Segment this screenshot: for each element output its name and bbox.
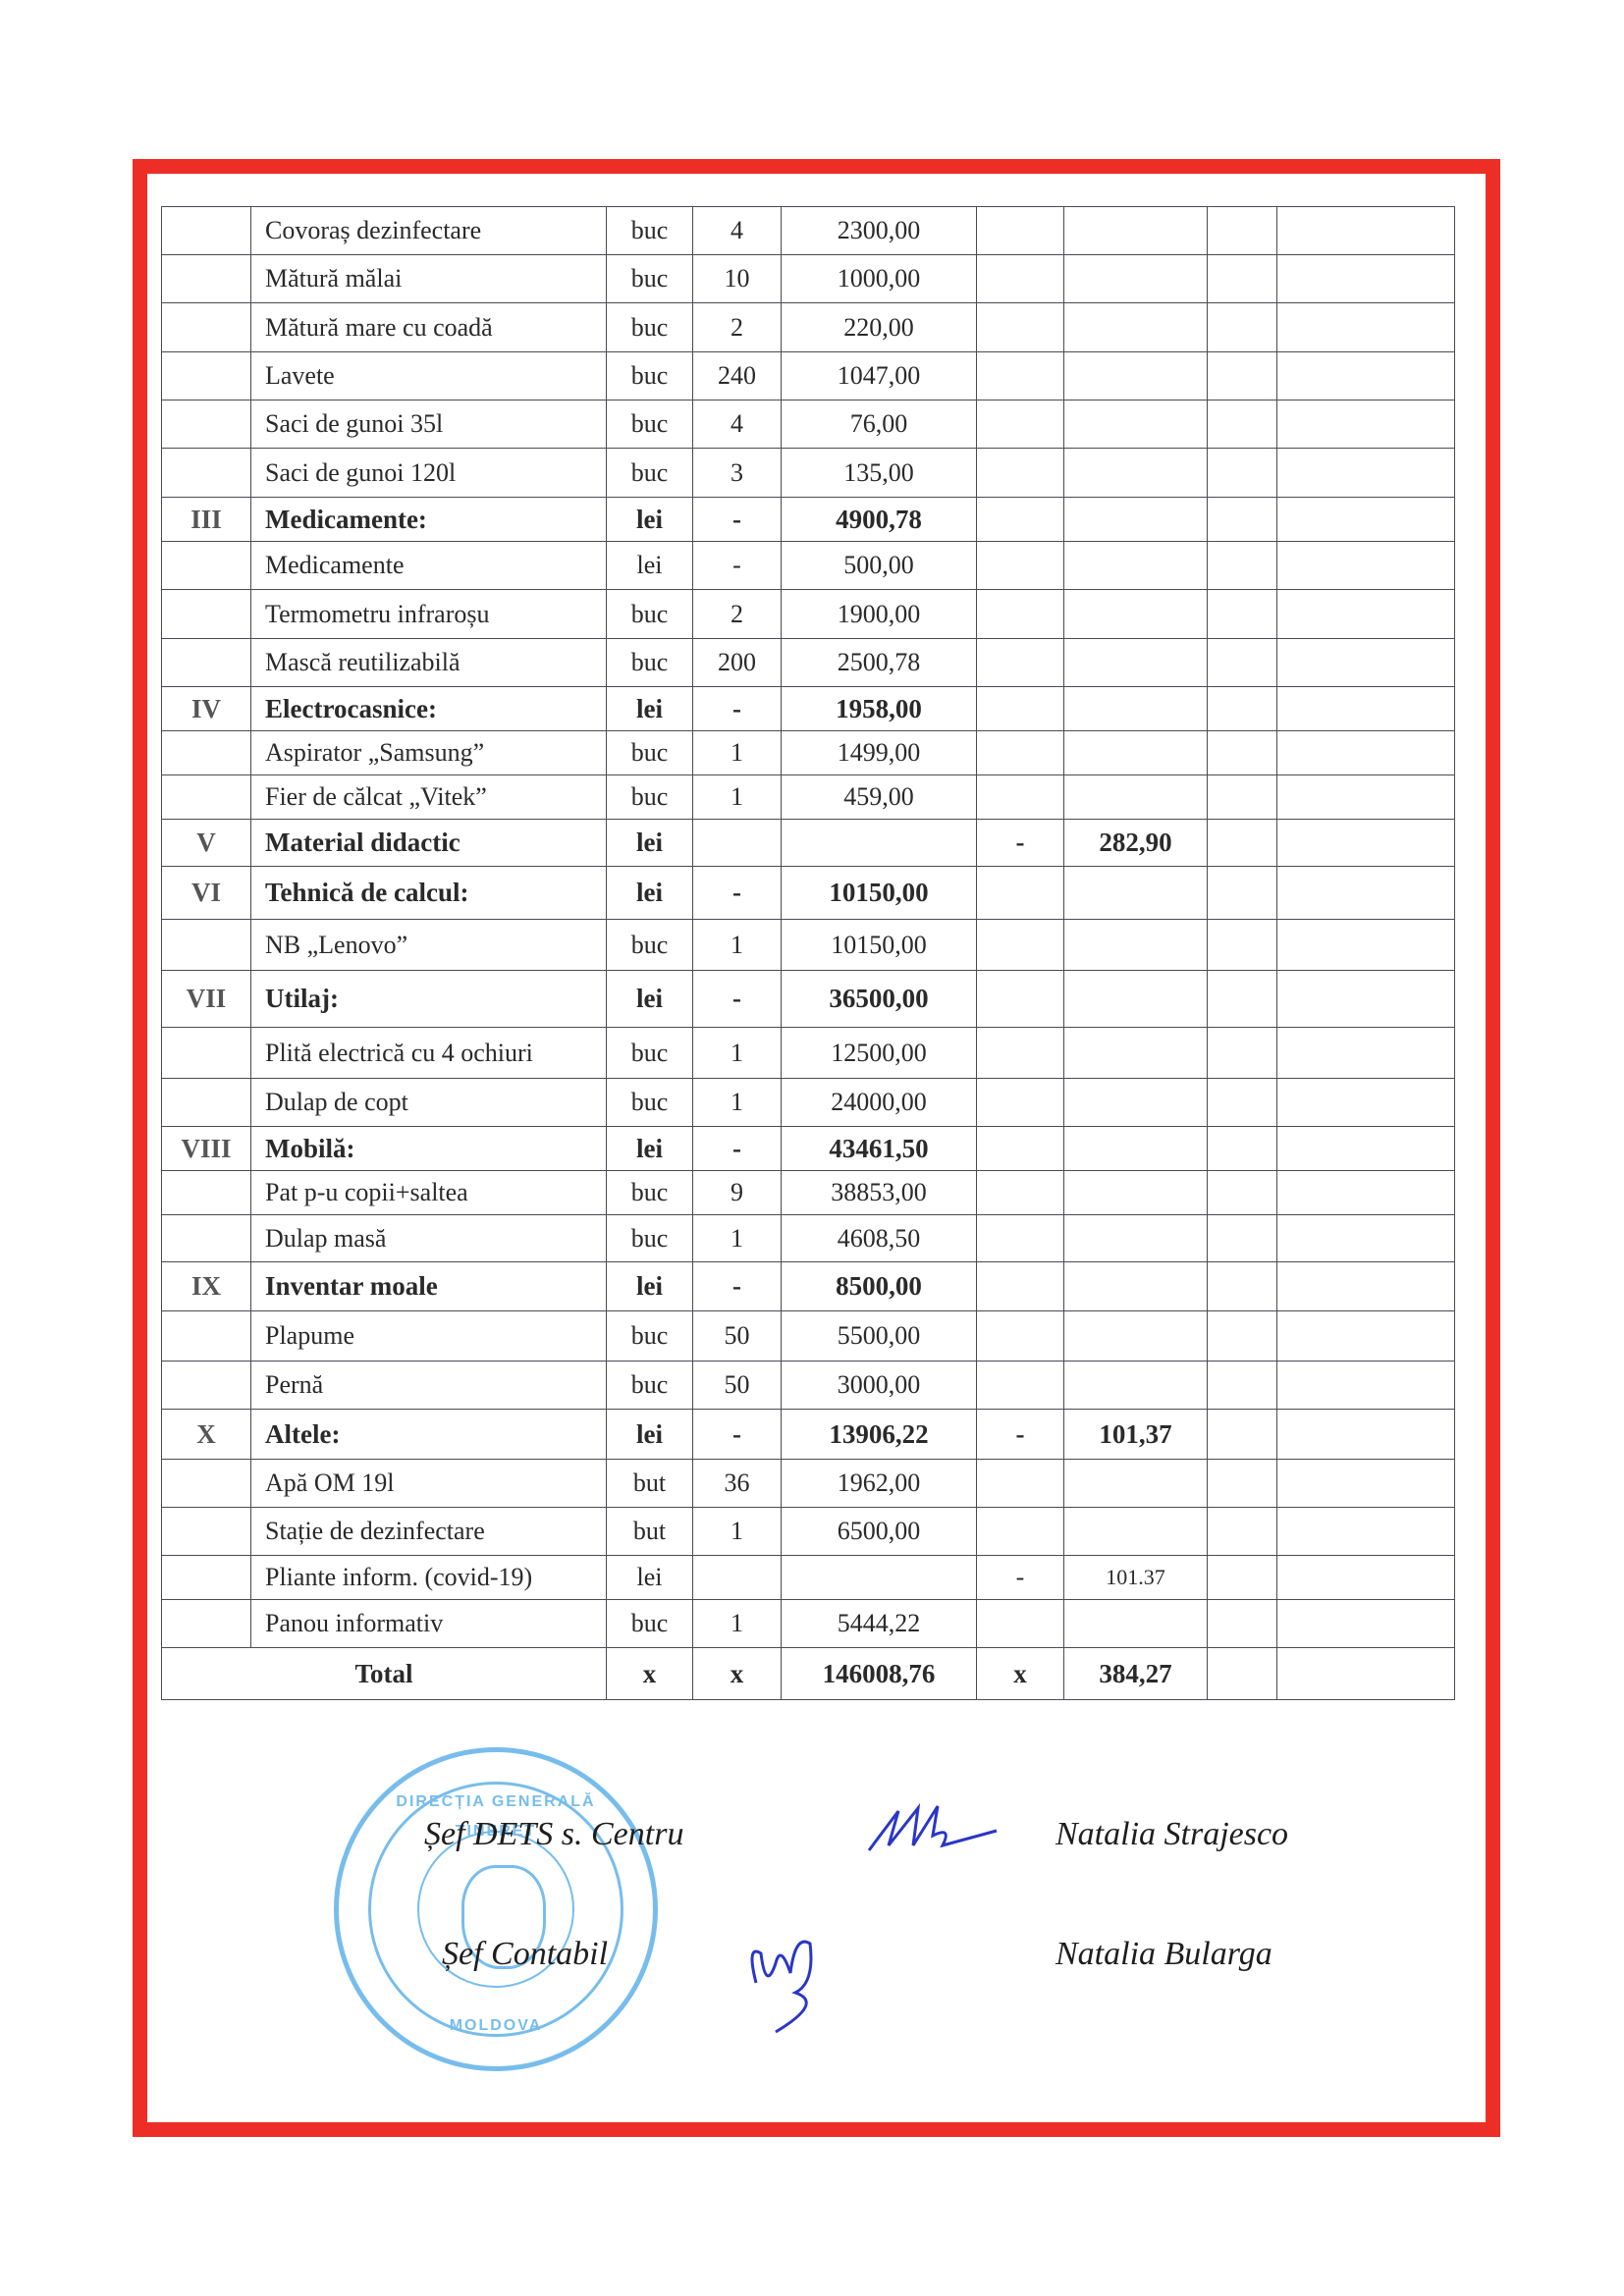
item-name: Utilaj: (251, 971, 607, 1028)
signature-scribble-2 (736, 1924, 835, 2042)
empty-col-1 (1208, 303, 1277, 352)
extra-amount: 282,90 (1064, 820, 1208, 867)
quantity: 200 (693, 639, 782, 687)
quantity: 2 (693, 590, 782, 639)
total-unit: x (607, 1648, 693, 1700)
amount: 2500,78 (782, 639, 977, 687)
quantity: - (693, 1127, 782, 1171)
amount: 220,00 (782, 303, 977, 352)
extra-amount (1064, 303, 1208, 352)
row-number (162, 352, 251, 400)
amount: 4608,50 (782, 1215, 977, 1262)
item-name: Panou informativ (251, 1600, 607, 1648)
unit: buc (607, 639, 693, 687)
extra-col-1 (977, 687, 1064, 731)
table-row: Plapumebuc505500,00 (162, 1311, 1455, 1362)
item-name: Plită electrică cu 4 ochiuri (251, 1028, 607, 1079)
row-number (162, 303, 251, 352)
empty-col-2 (1277, 1648, 1455, 1700)
table-row: Pernăbuc503000,00 (162, 1362, 1455, 1410)
empty-col-1 (1208, 1262, 1277, 1311)
extra-amount (1064, 400, 1208, 449)
table-row: Mătură mălaibuc101000,00 (162, 255, 1455, 303)
row-number (162, 400, 251, 449)
amount: 1962,00 (782, 1460, 977, 1508)
extra-amount (1064, 1508, 1208, 1556)
empty-col-2 (1277, 1460, 1455, 1508)
extra-amount (1064, 1127, 1208, 1171)
quantity: - (693, 498, 782, 542)
extra-amount (1064, 687, 1208, 731)
row-number (162, 1600, 251, 1648)
amount: 12500,00 (782, 1028, 977, 1079)
unit: buc (607, 775, 693, 820)
quantity: 1 (693, 731, 782, 775)
unit: buc (607, 920, 693, 971)
extra-col-1 (977, 1460, 1064, 1508)
amount: 2300,00 (782, 207, 977, 255)
section-row: IVElectrocasnice:lei-1958,00 (162, 687, 1455, 731)
empty-col-2 (1277, 920, 1455, 971)
table-row: Pliante inform. (covid-19)lei-101.37 (162, 1556, 1455, 1600)
table-row: Pat p-u copii+salteabuc938853,00 (162, 1171, 1455, 1215)
unit: lei (607, 1262, 693, 1311)
quantity: 3 (693, 449, 782, 498)
empty-col-2 (1277, 820, 1455, 867)
extra-col-1 (977, 1508, 1064, 1556)
extra-col-1 (977, 1127, 1064, 1171)
row-number (162, 1079, 251, 1127)
empty-col-1 (1208, 1028, 1277, 1079)
empty-col-1 (1208, 542, 1277, 590)
empty-col-2 (1277, 1311, 1455, 1362)
extra-amount (1064, 542, 1208, 590)
empty-col-1 (1208, 400, 1277, 449)
table-row: Aspirator „Samsung”buc11499,00 (162, 731, 1455, 775)
unit: buc (607, 1028, 693, 1079)
row-number (162, 1508, 251, 1556)
amount: 43461,50 (782, 1127, 977, 1171)
amount: 38853,00 (782, 1171, 977, 1215)
amount: 5500,00 (782, 1311, 977, 1362)
empty-col-1 (1208, 1600, 1277, 1648)
amount: 5444,22 (782, 1600, 977, 1648)
extra-col-1 (977, 1362, 1064, 1410)
empty-col-2 (1277, 1028, 1455, 1079)
empty-col-2 (1277, 971, 1455, 1028)
official-stamp: DIRECȚIA GENERALĂ TINERET MOLDOVA (334, 1747, 658, 2071)
item-name: Inventar moale (251, 1262, 607, 1311)
table-row: NB „Lenovo”buc110150,00 (162, 920, 1455, 971)
extra-col-1: - (977, 1556, 1064, 1600)
extra-col-1 (977, 207, 1064, 255)
unit: but (607, 1460, 693, 1508)
quantity: - (693, 1262, 782, 1311)
stamp-top-text: DIRECȚIA GENERALĂ (339, 1793, 653, 1811)
total-qty: x (693, 1648, 782, 1700)
empty-col-1 (1208, 207, 1277, 255)
empty-col-1 (1208, 590, 1277, 639)
table-row: Covoraș dezinfectarebuc42300,00 (162, 207, 1455, 255)
unit: buc (607, 1215, 693, 1262)
section-row: VIIUtilaj:lei-36500,00 (162, 971, 1455, 1028)
empty-col-1 (1208, 1508, 1277, 1556)
row-number (162, 449, 251, 498)
unit: buc (607, 255, 693, 303)
amount: 13906,22 (782, 1410, 977, 1460)
signature-scribble-1 (859, 1796, 1006, 1865)
item-name: Apă OM 19l (251, 1460, 607, 1508)
extra-amount (1064, 1171, 1208, 1215)
unit: buc (607, 590, 693, 639)
amount: 76,00 (782, 400, 977, 449)
empty-col-2 (1277, 1410, 1455, 1460)
extra-amount (1064, 1460, 1208, 1508)
empty-col-2 (1277, 449, 1455, 498)
unit: lei (607, 1556, 693, 1600)
quantity: 10 (693, 255, 782, 303)
empty-col-1 (1208, 1311, 1277, 1362)
extra-col-1 (977, 1311, 1064, 1362)
table-row: Medicamentelei-500,00 (162, 542, 1455, 590)
item-name: Altele: (251, 1410, 607, 1460)
extra-amount (1064, 449, 1208, 498)
item-name: Lavete (251, 352, 607, 400)
extra-col-1 (977, 639, 1064, 687)
empty-col-2 (1277, 687, 1455, 731)
empty-col-1 (1208, 1460, 1277, 1508)
amount: 1958,00 (782, 687, 977, 731)
empty-col-1 (1208, 1556, 1277, 1600)
amount: 1047,00 (782, 352, 977, 400)
extra-amount (1064, 590, 1208, 639)
extra-amount (1064, 1362, 1208, 1410)
unit: lei (607, 1127, 693, 1171)
empty-col-1 (1208, 971, 1277, 1028)
extra-amount: 101,37 (1064, 1410, 1208, 1460)
table-row: Panou informativbuc15444,22 (162, 1600, 1455, 1648)
signatory-name-2: Natalia Bularga (1056, 1936, 1272, 1973)
extra-amount (1064, 1600, 1208, 1648)
extra-col-1 (977, 1215, 1064, 1262)
amount: 1000,00 (782, 255, 977, 303)
quantity: 9 (693, 1171, 782, 1215)
extra-amount (1064, 352, 1208, 400)
item-name: Mătură mare cu coadă (251, 303, 607, 352)
empty-col-2 (1277, 1171, 1455, 1215)
extra-amount (1064, 1028, 1208, 1079)
item-name: Material didactic (251, 820, 607, 867)
unit: lei (607, 498, 693, 542)
quantity: 2 (693, 303, 782, 352)
unit: but (607, 1508, 693, 1556)
table-row: Mască reutilizabilăbuc2002500,78 (162, 639, 1455, 687)
unit: buc (607, 1362, 693, 1410)
quantity: 1 (693, 1028, 782, 1079)
row-number: VII (162, 971, 251, 1028)
total-label: Total (162, 1648, 607, 1700)
empty-col-2 (1277, 867, 1455, 920)
extra-col-1 (977, 1079, 1064, 1127)
signature-role-2: Șef Contabil (442, 1936, 608, 1973)
table-row: Fier de călcat „Vitek”buc1459,00 (162, 775, 1455, 820)
unit: buc (607, 731, 693, 775)
quantity: 1 (693, 920, 782, 971)
empty-col-2 (1277, 590, 1455, 639)
table-row: Mătură mare cu coadăbuc2220,00 (162, 303, 1455, 352)
amount: 3000,00 (782, 1362, 977, 1410)
quantity: 50 (693, 1311, 782, 1362)
empty-col-1 (1208, 498, 1277, 542)
empty-col-1 (1208, 820, 1277, 867)
empty-col-1 (1208, 687, 1277, 731)
unit: buc (607, 400, 693, 449)
extra-col-1: - (977, 1410, 1064, 1460)
empty-col-1 (1208, 639, 1277, 687)
extra-col-1 (977, 1600, 1064, 1648)
extra-col-1: - (977, 820, 1064, 867)
empty-col-2 (1277, 542, 1455, 590)
row-number (162, 255, 251, 303)
empty-col-2 (1277, 1556, 1455, 1600)
empty-col-1 (1208, 255, 1277, 303)
extra-col-1 (977, 400, 1064, 449)
quantity (693, 820, 782, 867)
section-row: VIIIMobilă:lei-43461,50 (162, 1127, 1455, 1171)
empty-col-1 (1208, 1127, 1277, 1171)
empty-col-2 (1277, 1508, 1455, 1556)
empty-col-2 (1277, 1362, 1455, 1410)
extra-col-1 (977, 920, 1064, 971)
extra-col-1 (977, 255, 1064, 303)
table-row: Lavetebuc2401047,00 (162, 352, 1455, 400)
quantity: 50 (693, 1362, 782, 1410)
unit: buc (607, 449, 693, 498)
unit: buc (607, 1600, 693, 1648)
extra-col-1 (977, 590, 1064, 639)
amount: 36500,00 (782, 971, 977, 1028)
item-name: Mască reutilizabilă (251, 639, 607, 687)
extra-col-1 (977, 542, 1064, 590)
row-number (162, 775, 251, 820)
total-row: Totalxx146008,76x384,27 (162, 1648, 1455, 1700)
item-name: Termometru infraroșu (251, 590, 607, 639)
empty-col-1 (1208, 920, 1277, 971)
row-number (162, 1028, 251, 1079)
extra-col-1 (977, 971, 1064, 1028)
quantity: 36 (693, 1460, 782, 1508)
row-number: VI (162, 867, 251, 920)
amount (782, 820, 977, 867)
item-name: Medicamente (251, 542, 607, 590)
signatory-name-1: Natalia Strajesco (1056, 1816, 1288, 1853)
row-number (162, 639, 251, 687)
quantity: 1 (693, 775, 782, 820)
empty-col-2 (1277, 1079, 1455, 1127)
extra-amount (1064, 775, 1208, 820)
empty-col-1 (1208, 1648, 1277, 1700)
extra-amount (1064, 1079, 1208, 1127)
table-row: Plită electrică cu 4 ochiuribuc112500,00 (162, 1028, 1455, 1079)
section-row: XAltele:lei-13906,22-101,37 (162, 1410, 1455, 1460)
extra-col-1 (977, 352, 1064, 400)
total-amount: 146008,76 (782, 1648, 977, 1700)
table-row: Saci de gunoi 35lbuc476,00 (162, 400, 1455, 449)
extra-amount (1064, 1311, 1208, 1362)
empty-col-1 (1208, 1215, 1277, 1262)
stamp-bottom-text: MOLDOVA (339, 2017, 653, 2035)
item-name: Fier de călcat „Vitek” (251, 775, 607, 820)
item-name: Tehnică de calcul: (251, 867, 607, 920)
empty-col-1 (1208, 352, 1277, 400)
row-number: IV (162, 687, 251, 731)
empty-col-2 (1277, 400, 1455, 449)
unit: buc (607, 1079, 693, 1127)
table-row: Stație de dezinfectarebut16500,00 (162, 1508, 1455, 1556)
item-name: Electrocasnice: (251, 687, 607, 731)
empty-col-2 (1277, 775, 1455, 820)
empty-col-1 (1208, 449, 1277, 498)
extra-amount (1064, 731, 1208, 775)
extra-amount (1064, 639, 1208, 687)
extra-amount (1064, 920, 1208, 971)
empty-col-1 (1208, 867, 1277, 920)
amount: 10150,00 (782, 867, 977, 920)
unit: lei (607, 820, 693, 867)
extra-col-1 (977, 1171, 1064, 1215)
item-name: Covoraș dezinfectare (251, 207, 607, 255)
unit: lei (607, 542, 693, 590)
unit: lei (607, 971, 693, 1028)
empty-col-1 (1208, 731, 1277, 775)
empty-col-1 (1208, 1410, 1277, 1460)
quantity: 4 (693, 400, 782, 449)
row-number (162, 1460, 251, 1508)
empty-col-2 (1277, 1262, 1455, 1311)
quantity: - (693, 1410, 782, 1460)
item-name: Saci de gunoi 35l (251, 400, 607, 449)
quantity: 240 (693, 352, 782, 400)
quantity: 4 (693, 207, 782, 255)
extra-amount (1064, 971, 1208, 1028)
extra-col-1 (977, 731, 1064, 775)
amount: 4900,78 (782, 498, 977, 542)
amount (782, 1556, 977, 1600)
row-number (162, 590, 251, 639)
section-row: IXInventar moalelei-8500,00 (162, 1262, 1455, 1311)
empty-col-1 (1208, 1171, 1277, 1215)
amount: 10150,00 (782, 920, 977, 971)
quantity: - (693, 542, 782, 590)
empty-col-2 (1277, 303, 1455, 352)
quantity: - (693, 687, 782, 731)
item-name: Aspirator „Samsung” (251, 731, 607, 775)
amount: 24000,00 (782, 1079, 977, 1127)
amount: 6500,00 (782, 1508, 977, 1556)
amount: 500,00 (782, 542, 977, 590)
item-name: Saci de gunoi 120l (251, 449, 607, 498)
empty-col-1 (1208, 1079, 1277, 1127)
row-number: V (162, 820, 251, 867)
quantity: 1 (693, 1215, 782, 1262)
row-number: VIII (162, 1127, 251, 1171)
extra-amount (1064, 1215, 1208, 1262)
row-number: X (162, 1410, 251, 1460)
row-number (162, 1556, 251, 1600)
extra-col-1 (977, 498, 1064, 542)
item-name: Dulap de copt (251, 1079, 607, 1127)
table-row: Termometru infraroșubuc21900,00 (162, 590, 1455, 639)
section-row: IIIMedicamente:lei-4900,78 (162, 498, 1455, 542)
unit: buc (607, 1171, 693, 1215)
extra-amount: 101.37 (1064, 1556, 1208, 1600)
table-row: Dulap masăbuc14608,50 (162, 1215, 1455, 1262)
total-extra-amount: 384,27 (1064, 1648, 1208, 1700)
extra-col-1 (977, 867, 1064, 920)
unit: buc (607, 303, 693, 352)
empty-col-1 (1208, 1362, 1277, 1410)
signature-role-1: Șef DETS s. Centru (424, 1816, 683, 1853)
extra-col-1 (977, 1262, 1064, 1311)
amount: 8500,00 (782, 1262, 977, 1311)
unit: lei (607, 867, 693, 920)
item-name: NB „Lenovo” (251, 920, 607, 971)
row-number (162, 731, 251, 775)
extra-amount (1064, 1262, 1208, 1311)
item-name: Pliante inform. (covid-19) (251, 1556, 607, 1600)
quantity (693, 1556, 782, 1600)
unit: buc (607, 352, 693, 400)
row-number (162, 1311, 251, 1362)
table-row: Apă OM 19lbut361962,00 (162, 1460, 1455, 1508)
extra-amount (1064, 255, 1208, 303)
amount: 1900,00 (782, 590, 977, 639)
row-number (162, 1362, 251, 1410)
quantity: 1 (693, 1079, 782, 1127)
unit: buc (607, 207, 693, 255)
item-name: Mobilă: (251, 1127, 607, 1171)
empty-col-2 (1277, 498, 1455, 542)
quantity: 1 (693, 1600, 782, 1648)
empty-col-2 (1277, 1600, 1455, 1648)
unit: lei (607, 1410, 693, 1460)
amount: 459,00 (782, 775, 977, 820)
empty-col-2 (1277, 352, 1455, 400)
extra-col-1 (977, 775, 1064, 820)
table-row: Saci de gunoi 120lbuc3135,00 (162, 449, 1455, 498)
extra-amount (1064, 867, 1208, 920)
amount: 1499,00 (782, 731, 977, 775)
table-row: Dulap de coptbuc124000,00 (162, 1079, 1455, 1127)
extra-amount (1064, 207, 1208, 255)
item-name: Stație de dezinfectare (251, 1508, 607, 1556)
item-name: Dulap masă (251, 1215, 607, 1262)
item-name: Medicamente: (251, 498, 607, 542)
row-number (162, 1215, 251, 1262)
item-name: Pat p-u copii+saltea (251, 1171, 607, 1215)
amount: 135,00 (782, 449, 977, 498)
empty-col-2 (1277, 731, 1455, 775)
extra-col-1 (977, 449, 1064, 498)
quantity: - (693, 971, 782, 1028)
row-number: IX (162, 1262, 251, 1311)
unit: lei (607, 687, 693, 731)
empty-col-2 (1277, 1215, 1455, 1262)
extra-col-1 (977, 303, 1064, 352)
row-number (162, 1171, 251, 1215)
quantity: 1 (693, 1508, 782, 1556)
inventory-table: Covoraș dezinfectarebuc42300,00Mătură mă… (161, 206, 1455, 1700)
